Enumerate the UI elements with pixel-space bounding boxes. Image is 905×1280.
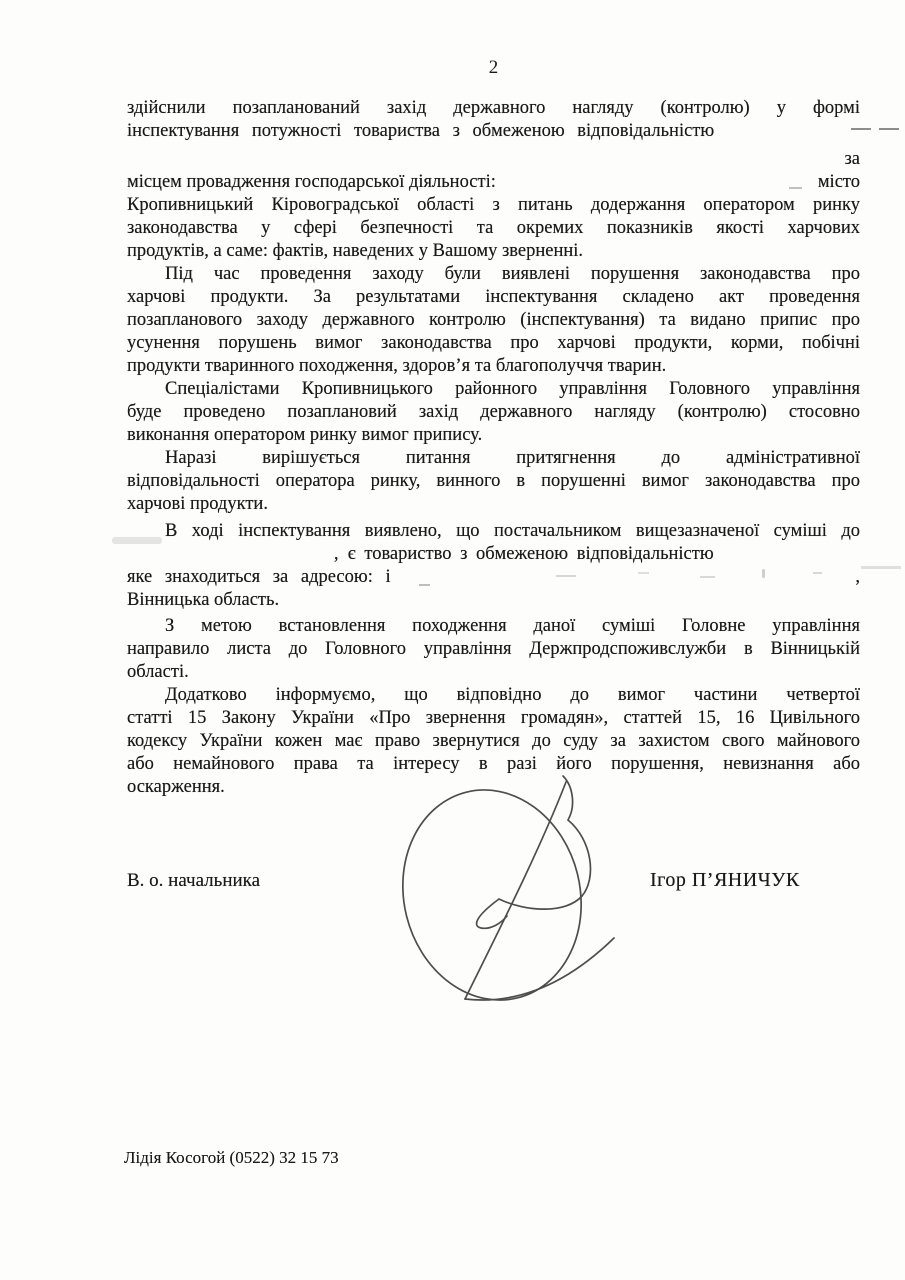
body-line: Додатково інформуємо, що відповідно до в…: [127, 684, 860, 707]
redaction-mark: [861, 566, 901, 569]
body-line: усунення порушень вимог законодавства пр…: [127, 332, 860, 355]
page-number: 2: [127, 57, 860, 79]
handwritten-signature: [386, 770, 626, 1015]
executor-contact: Лідія Косогой (0522) 32 15 73: [124, 1148, 339, 1168]
body-line: виконання оператором ринку вимог припису…: [127, 424, 860, 447]
body-line: продукти тваринного походження, здоров’я…: [127, 355, 860, 378]
body-line: за: [127, 148, 860, 171]
body-line: кодексу України кожен має право звернути…: [127, 730, 860, 753]
body-line: відповідальності оператора ринку, винног…: [127, 470, 860, 493]
line-text-right: ,: [855, 566, 860, 589]
line-text: яке знаходиться за адресою: і: [127, 566, 391, 589]
body-line: статті 15 Закону України «Про звернення …: [127, 707, 860, 730]
body-line: В ході інспектування виявлено, що постач…: [127, 520, 860, 543]
body-line: буде проведено позаплановий захід держав…: [127, 401, 860, 424]
body-line: місцем провадження господарської діяльно…: [127, 171, 860, 194]
body-line: направило листа до Головного управління …: [127, 638, 860, 661]
body-line: З метою встановлення походження даної су…: [127, 615, 860, 638]
body-line: області.: [127, 661, 860, 684]
letter-body: здійснили позапланований захід державног…: [127, 97, 860, 799]
body-line: Спеціалістами Кропивницького районного у…: [127, 378, 860, 401]
body-line: позапланового заходу державного контролю…: [127, 309, 860, 332]
body-line: Наразі вирішується питання притягнення д…: [127, 447, 860, 470]
body-line: здійснили позапланований захід державног…: [127, 97, 860, 120]
body-line: Вінницька область.: [127, 589, 860, 612]
body-line: Кропивницький Кіровоградської області з …: [127, 194, 860, 217]
body-line: продуктів, а саме: фактів, наведених у В…: [127, 240, 860, 263]
body-line: інспектування потужності товариства з об…: [127, 120, 860, 143]
body-line: Під час проведення заходу були виявлені …: [127, 263, 860, 286]
body-line: яке знаходиться за адресою: і,: [127, 566, 860, 589]
body-line: законодавства у сфері безпечності та окр…: [127, 217, 860, 240]
body-line: ‚ є товариство з обмеженою відповідальні…: [127, 543, 860, 566]
line-text: місцем провадження господарської діяльно…: [127, 171, 496, 194]
line-text-right: місто: [818, 171, 860, 194]
signer-position: В. о. начальника: [127, 870, 260, 892]
signer-name: Ігор П’ЯНИЧУК: [650, 869, 800, 892]
scanned-letter-page: 2 здійснили позапланований захід державн…: [0, 0, 905, 1280]
body-line: харчові продукти. За результатами інспек…: [127, 286, 860, 309]
body-line: харчові продукти.: [127, 493, 860, 516]
